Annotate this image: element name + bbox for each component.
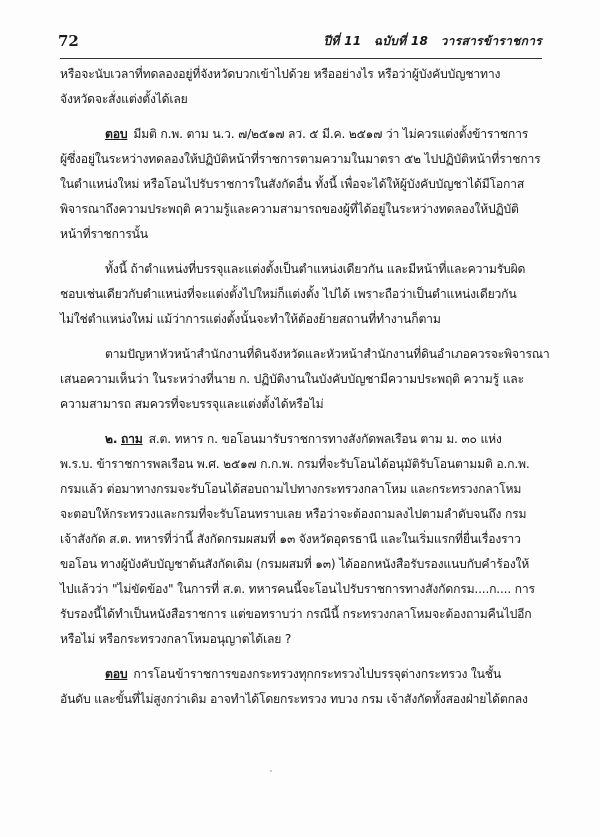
paragraph-continuation: หรือจะนับเวลาที่ทดลองอยู่ที่จังหวัดบวกเข… xyxy=(60,62,544,112)
text-line-content: มีมติ ก.พ. ตาม น.ว. ๗/๒๕๑๗ ลว. ๕ มี.ค. ๒… xyxy=(133,127,528,141)
text-line: จะตอบให้กระทรวงและกรมที่จะรับโอนทราบเลย … xyxy=(60,502,544,527)
text-line: กรมแล้ว ต่อมาทางกรมจะรับโอนได้สอบถามไปทา… xyxy=(60,477,544,502)
answer-keyword: ตอบ xyxy=(105,667,127,681)
text-line: ความสามารถ สมควรที่จะบรรจุและแต่งตั้งได้… xyxy=(60,392,544,417)
text-line: ๒. ถามส.ต. ทหาร ก. ขอโอนมารับราชการทางสั… xyxy=(60,427,544,452)
volume-label: ปีที่ 11 xyxy=(323,34,361,48)
paragraph-3: ตามปัญหาหัวหน้าสำนักงานที่ดินจังหวัดและห… xyxy=(60,342,544,417)
scan-speck xyxy=(455,210,457,212)
paragraph-2: ทั้งนี้ ถ้าตำแหน่งที่บรรจุและแต่งตั้งเป็… xyxy=(60,257,544,332)
text-line: ตอบการโอนข้าราชการของกระทรวงทุกกระทรวงไป… xyxy=(60,662,544,687)
text-line: ผู้ซึ่งอยู่ในระหว่างทดลองให้ปฏิบัติหน้าท… xyxy=(60,147,544,172)
text-line: ชอบเช่นเดียวกับตำแหน่งที่จะแต่งตั้งไปใหม… xyxy=(60,282,544,307)
text-line: ในตำแหน่งใหม่ หรือโอนไปรับราชการในสังกัด… xyxy=(60,172,544,197)
question-keyword: ถาม xyxy=(121,432,143,446)
answer-keyword: ตอบ xyxy=(105,127,127,141)
body-text: หรือจะนับเวลาที่ทดลองอยู่ที่จังหวัดบวกเข… xyxy=(60,62,544,722)
text-line: ขอโอน ทางผู้บังคับบัญชาต้นสังกัดเดิม (กร… xyxy=(60,552,544,577)
text-line: หรือไม่ หรือกระทรวงกลาโหมอนุญาตได้เลย ? xyxy=(60,627,544,652)
running-head: ปีที่ 11 ฉบับที่ 18 วารสารข้าราชการ xyxy=(315,32,542,51)
text-line: หรือจะนับเวลาที่ทดลองอยู่ที่จังหวัดบวกเข… xyxy=(60,62,544,87)
text-line: จังหวัดจะสั่งแต่งตั้งได้เลย xyxy=(60,87,544,112)
scan-speck xyxy=(270,770,272,772)
text-line: ไม่ใช่ตำแหน่งใหม่ แม้ว่าการแต่งตั้งนั้นจ… xyxy=(60,307,544,332)
text-line: ไปแล้วว่า "ไม่ขัดข้อง" ในการที่ ส.ต. ทหา… xyxy=(60,577,544,602)
scan-speck xyxy=(300,130,302,132)
page-number: 72 xyxy=(58,32,79,50)
text-line: ทั้งนี้ ถ้าตำแหน่งที่บรรจุและแต่งตั้งเป็… xyxy=(60,257,544,282)
text-line: อันดับ และขั้นที่ไม่สูงกว่าเดิม อาจทำได้… xyxy=(60,687,544,712)
text-line-content: การโอนข้าราชการของกระทรวงทุกกระทรวงไปบรร… xyxy=(133,667,501,681)
text-line: ตอบมีมติ ก.พ. ตาม น.ว. ๗/๒๕๑๗ ลว. ๕ มี.ค… xyxy=(60,122,544,147)
paragraph-question-2: ๒. ถามส.ต. ทหาร ก. ขอโอนมารับราชการทางสั… xyxy=(60,427,544,652)
text-line: รับรองนี้ได้ทำเป็นหนังสือราชการ แต่ขอทรา… xyxy=(60,602,544,627)
text-line: พิจารณาถึงความประพฤติ ความรู้และความสามา… xyxy=(60,197,544,222)
text-line-content: ส.ต. ทหาร ก. ขอโอนมารับราชการทางสังกัดพล… xyxy=(149,432,502,446)
text-line: พ.ร.บ. ข้าราชการพลเรือน พ.ศ. ๒๕๑๗ ก.ก.พ.… xyxy=(60,452,544,477)
paragraph-answer-1: ตอบมีมติ ก.พ. ตาม น.ว. ๗/๒๕๑๗ ลว. ๕ มี.ค… xyxy=(60,122,544,247)
text-line: เจ้าสังกัด ส.ต. ทหารที่ว่านี้ สังกัดกรมผ… xyxy=(60,527,544,552)
question-number: ๒. xyxy=(105,432,117,446)
paragraph-answer-2: ตอบการโอนข้าราชการของกระทรวงทุกกระทรวงไป… xyxy=(60,662,544,712)
journal-title: วารสารข้าราชการ xyxy=(441,34,542,48)
document-page: 72 ปีที่ 11 ฉบับที่ 18 วารสารข้าราชการ ห… xyxy=(0,0,600,837)
page-header: 72 ปีที่ 11 ฉบับที่ 18 วารสารข้าราชการ xyxy=(58,28,542,52)
header-rule xyxy=(60,58,542,59)
text-line: ตามปัญหาหัวหน้าสำนักงานที่ดินจังหวัดและห… xyxy=(60,342,544,367)
text-line: เสนอความเห็นว่า ในระหว่างที่นาย ก. ปฏิบั… xyxy=(60,367,544,392)
issue-label: ฉบับที่ 18 xyxy=(374,34,428,48)
text-line: หน้าที่ราชการนั้น xyxy=(60,222,544,247)
